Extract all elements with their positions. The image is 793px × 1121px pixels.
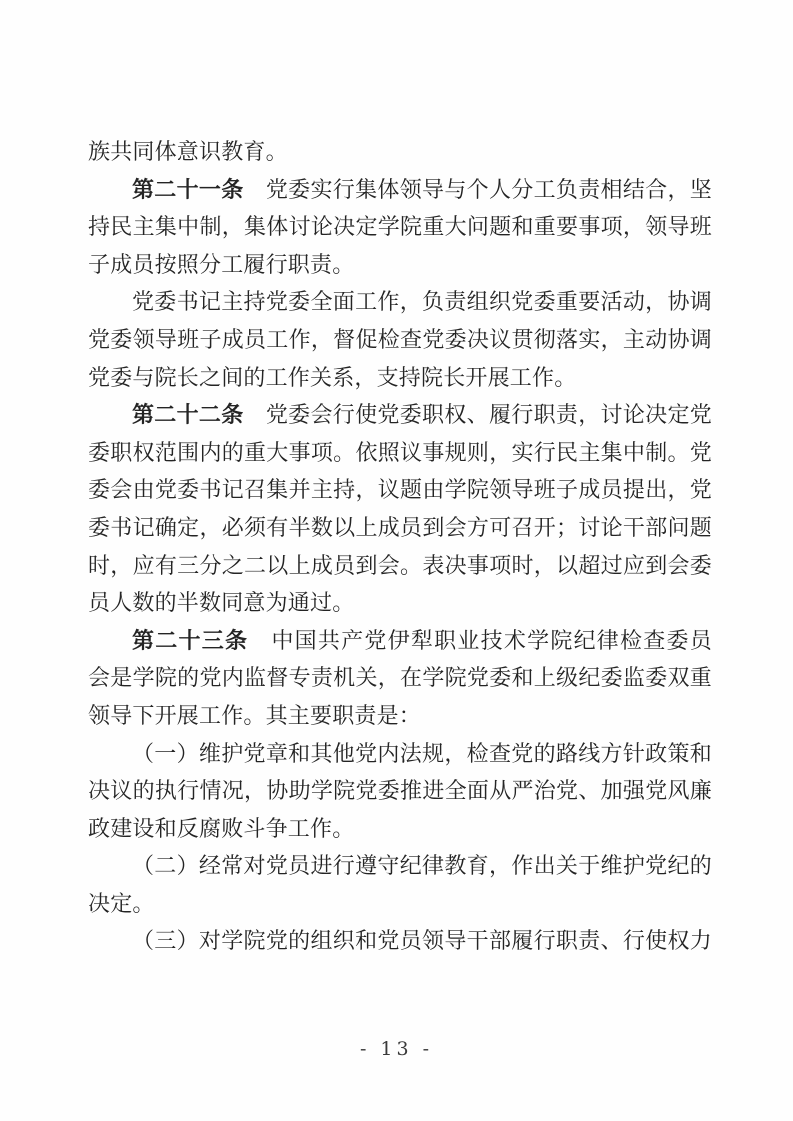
article-number: 第二十二条	[132, 402, 244, 427]
text-line: 党委领导班子成员工作，督促检查党委决议贯彻落实，主动协调	[88, 321, 712, 359]
text-line: 子成员按照分工履行职责。	[88, 246, 712, 284]
text-line: 族共同体意识教育。	[88, 133, 712, 171]
text-line: （三）对学院党的组织和党员领导干部履行职责、行使权力	[88, 922, 712, 960]
document-body: 族共同体意识教育。第二十一条 党委实行集体领导与个人分工负责相结合，坚持民主集中…	[88, 133, 712, 960]
text-line: 决定。	[88, 885, 712, 923]
text-line: 党委书记主持党委全面工作，负责组织党委重要活动，协调	[88, 283, 712, 321]
text-line: 委书记确定，必须有半数以上成员到会方可召开；讨论干部问题	[88, 509, 712, 547]
text-line: 委会由党委书记召集并主持，议题由学院领导班子成员提出，党	[88, 471, 712, 509]
text-line: 党委与院长之间的工作关系，支持院长开展工作。	[88, 359, 712, 397]
text-line: 第二十二条 党委会行使党委职权、履行职责，讨论决定党	[88, 396, 712, 434]
text-line: 决议的执行情况，协助学院党委推进全面从严治党、加强党风廉	[88, 772, 712, 810]
text-line: 政建设和反腐败斗争工作。	[88, 810, 712, 848]
text-line: 时，应有三分之二以上成员到会。表决事项时，以超过应到会委	[88, 547, 712, 585]
text-line: 员人数的半数同意为通过。	[88, 584, 712, 622]
text-line: 领导下开展工作。其主要职责是：	[88, 697, 712, 735]
page-footer: - 13 -	[0, 1038, 793, 1060]
article-number: 第二十三条	[132, 628, 248, 653]
page-number: - 13 -	[360, 1038, 433, 1060]
text-line: （二）经常对党员进行遵守纪律教育，作出关于维护党纪的	[88, 847, 712, 885]
text-line: 会是学院的党内监督专责机关，在学院党委和上级纪委监委双重	[88, 659, 712, 697]
text-line: 第二十三条 中国共产党伊犁职业技术学院纪律检查委员	[88, 622, 712, 660]
text-line: 委职权范围内的重大事项。依照议事规则，实行民主集中制。党	[88, 434, 712, 472]
text-line: 持民主集中制，集体讨论决定学院重大问题和重要事项，领导班	[88, 208, 712, 246]
text-line: 第二十一条 党委实行集体领导与个人分工负责相结合，坚	[88, 171, 712, 209]
text-line: （一）维护党章和其他党内法规，检查党的路线方针政策和	[88, 735, 712, 773]
article-number: 第二十一条	[132, 177, 244, 202]
document-page: 族共同体意识教育。第二十一条 党委实行集体领导与个人分工负责相结合，坚持民主集中…	[0, 0, 793, 1121]
